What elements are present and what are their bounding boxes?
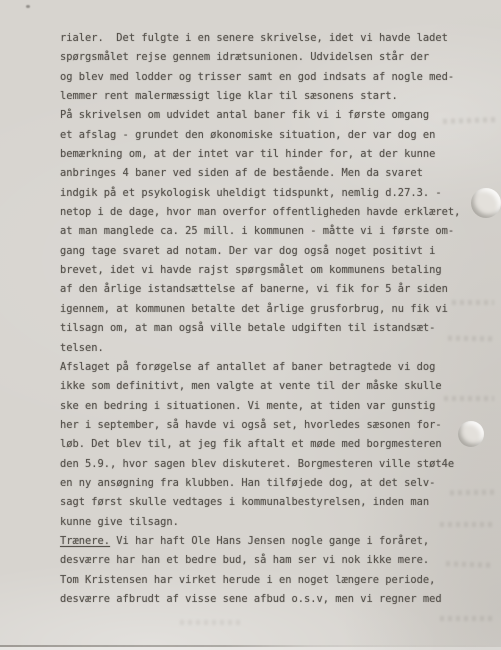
text-line: at man manglede ca. 25 mill. i kommunen … — [60, 222, 480, 241]
text-line: tilsagn om, at man også ville betale udg… — [60, 319, 480, 338]
text-line: spørgsmålet rejse gennem idrætsunionen. … — [60, 48, 480, 67]
text-line: indgik på et psykologisk uheldigt tidspu… — [60, 184, 480, 203]
text-line: Tom Kristensen har virket herude i en no… — [60, 571, 480, 590]
text-line: af den årlige istandsættelse af banerne,… — [60, 280, 480, 299]
punch-hole-top — [471, 188, 501, 218]
text-line: Afslaget på forøgelse af antallet af ban… — [60, 358, 480, 377]
text-line: telsen. — [60, 339, 480, 358]
text-line: et afslag - grundet den økonomiske situa… — [60, 126, 480, 145]
text-line: bemærkning om, at der intet var til hind… — [60, 145, 480, 164]
text-line: igennem, at kommunen betalte det årlige … — [60, 300, 480, 319]
punch-hole-bottom — [458, 421, 484, 447]
text-line: ske en bedring i situationen. Vi mente, … — [60, 397, 480, 416]
text-line: her i september, så havde vi også set, h… — [60, 416, 480, 435]
text-line: desværre har han et bedre bud, så ham se… — [60, 551, 480, 570]
scan-artifact — [440, 616, 495, 621]
text-line: anbringes 4 baner ved siden af de beståe… — [60, 164, 480, 183]
typewritten-text: rialer. Det fulgte i en senere skrivelse… — [60, 29, 480, 609]
text-line: kunne give tilsagn. — [60, 513, 480, 532]
text-line: lemmer rent malermæssigt lige klar til s… — [60, 87, 480, 106]
text-line: Trænere. Vi har haft Ole Hans Jensen nog… — [60, 532, 480, 551]
text-line: gang tage svaret ad notam. Der var dog o… — [60, 242, 480, 261]
text-line: desværre afbrudt af visse sene afbud o.s… — [60, 590, 480, 609]
text-line: rialer. Det fulgte i en senere skrivelse… — [60, 29, 480, 48]
scan-artifact — [180, 620, 240, 625]
text-line: den 5.9., hvor sagen blev diskuteret. Bo… — [60, 455, 480, 474]
text-line: sagt først skulle vedtages i kommunalbes… — [60, 493, 480, 512]
scan-speck — [26, 5, 30, 8]
text-line: løb. Det blev til, at jeg fik aftalt et … — [60, 435, 480, 454]
text-line: ikke som definitivt, men valgte at vente… — [60, 377, 480, 396]
text-line: netop i de dage, hvor man overfor offent… — [60, 203, 480, 222]
scanned-page: rialer. Det fulgte i en senere skrivelse… — [0, 0, 501, 650]
paper-edge-shadow — [0, 645, 501, 647]
text-line: På skrivelsen om udvidet antal baner fik… — [60, 106, 480, 125]
text-line: brevet, idet vi havde rajst spørgsmålet … — [60, 261, 480, 280]
text-line: en ny ansøgning fra klubben. Han tilføje… — [60, 474, 480, 493]
text-line: og blev med lodder og trisser samt en go… — [60, 68, 480, 87]
section-heading: Trænere. — [60, 535, 110, 547]
